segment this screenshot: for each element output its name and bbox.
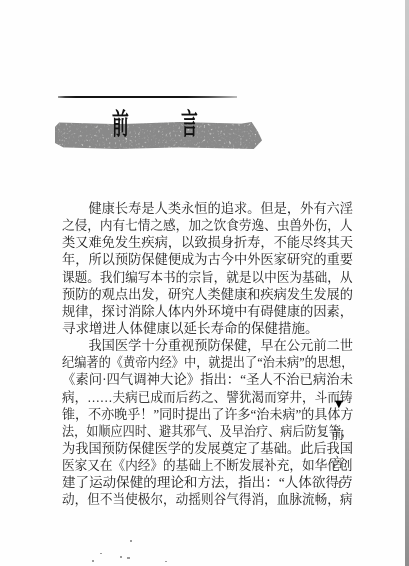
body-line: 为我国预防保健医学的发展奠定了基础。此后我国 <box>62 440 353 457</box>
top-rule-divider <box>58 96 237 98</box>
body-line: 纪编著的《黄帝内经》中，就提出了“治未病”的思想， <box>62 354 353 371</box>
body-line: 预防的观点出发，研究人类健康和疾病发生发展的 <box>62 286 353 303</box>
scan-edge-shadow <box>405 0 409 566</box>
body-line: 规律，探讨消除人体内外环境中有碍健康的因素， <box>62 303 353 320</box>
scan-speck <box>92 560 94 562</box>
banner-texture <box>55 122 262 149</box>
body-line: 课题。我们编写本书的宗旨，就是以中医为基础，从 <box>62 269 353 286</box>
body-line: 锥，不亦晚乎！”同时提出了许多“治未病”的具体方 <box>62 406 353 423</box>
margin-tab-arrow-icon: ▼ <box>335 399 343 410</box>
body-line: 动，但不当使极尔，动摇则谷气得消，血脉流畅，病 <box>62 491 353 508</box>
scan-speck <box>120 556 122 558</box>
body-line: 寻求增进人体健康以延长寿命的保健措施。 <box>62 320 353 337</box>
body-line: 我国医学十分重视预防保健，早在公元前二世 <box>62 337 353 354</box>
body-line: 病，……夫病已成而后药之、譬犹渴而穿井，斗而铸 <box>62 389 353 406</box>
body-line: 年，所以预防保健便成为古今中外医家研究的重要 <box>62 251 353 268</box>
chapter-title-banner <box>55 122 262 149</box>
scan-speck <box>100 553 102 554</box>
scan-speck <box>165 561 167 562</box>
body-text: 健康长寿是人类永恒的追求。但是，外有六淫 之侵，内有七情之感，加之饮食劳逸、虫兽… <box>62 200 353 509</box>
body-line: 法，如顺应四时、避其邪气、及早治疗、病后防复等， <box>62 423 353 440</box>
body-line: 《素问·四气调神大论》指出：“圣人不治已病治未 <box>62 371 353 388</box>
body-line: 建了运动保健的理论和方法，指出：“人体欲得劳 <box>62 474 353 491</box>
book-page: 前 言 健康长寿是人类永恒的追求。但是，外有六淫 之侵，内有七情之感，加之饮食劳… <box>0 0 409 566</box>
body-line: 之侵，内有七情之感，加之饮食劳逸、虫兽外伤，人 <box>62 217 353 234</box>
body-line: 类又难免发生疾病，以致损身折寿，不能尽终其天 <box>62 234 353 251</box>
margin-tab-char-yan: 言 <box>331 452 344 471</box>
body-line: 医家又在《内经》的基础上不断发展补充，如华佗创 <box>62 457 353 474</box>
page-number: 1 <box>337 479 343 491</box>
page-title-char-yan: 言 <box>181 111 198 140</box>
scan-speck <box>130 540 132 542</box>
body-line: 健康长寿是人类永恒的追求。但是，外有六淫 <box>62 200 353 217</box>
page-title-char-qian: 前 <box>112 111 129 140</box>
scan-speck <box>127 557 130 559</box>
margin-tab-char-qian: 前 <box>331 424 344 443</box>
